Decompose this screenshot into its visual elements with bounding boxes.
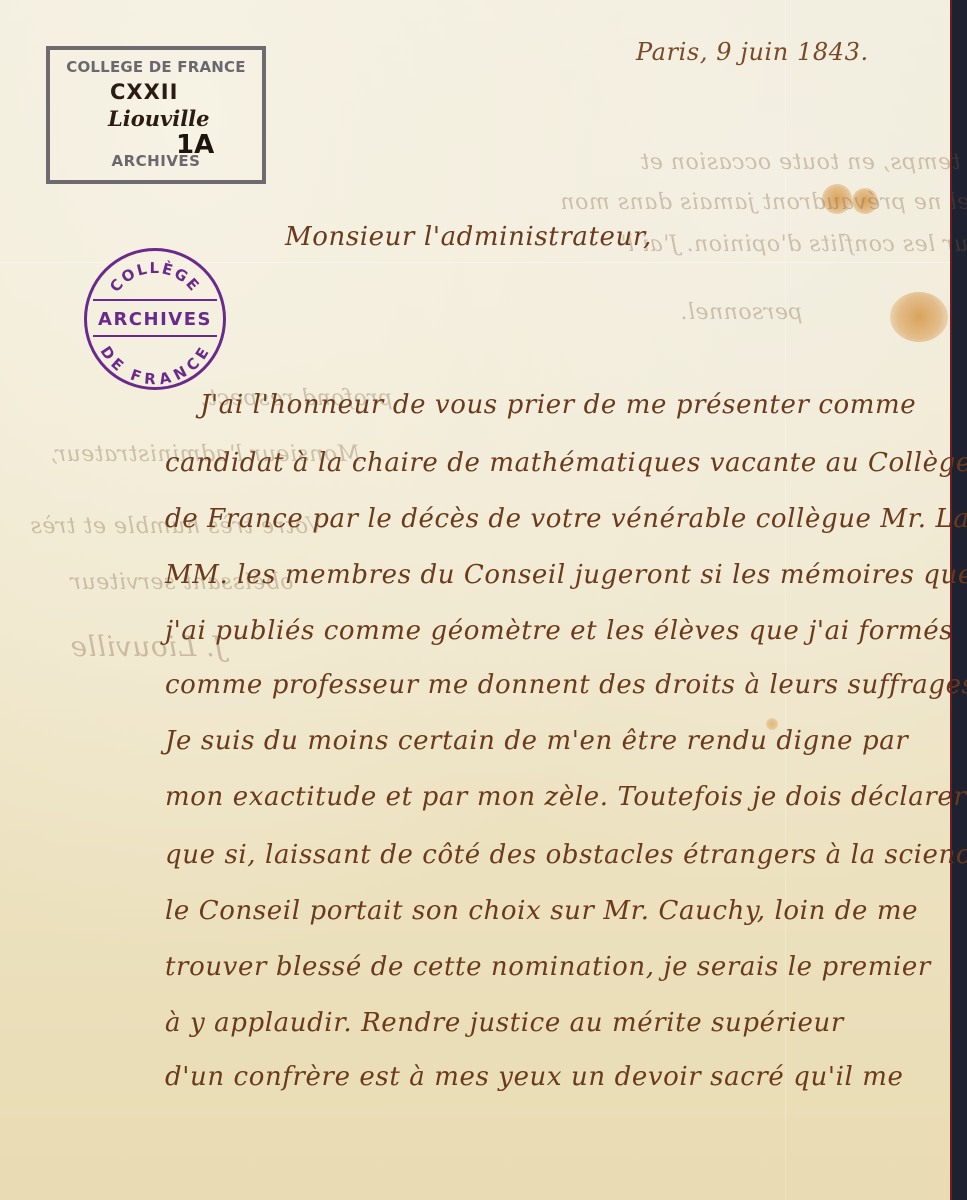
stamp-center-text: ARCHIVES: [87, 309, 223, 330]
letter-line: le Conseil portait son choix sur Mr. Cau…: [165, 896, 918, 926]
stamp-shelf-mark: CXXII: [110, 80, 178, 104]
stamp-top-text: COLLEGE DE FRANCE: [50, 58, 262, 76]
paper-edge: [950, 0, 952, 1200]
letter-page: dans tous les temps, en toute occasion e…: [0, 0, 952, 1200]
bleed-through-text: cœur les conflits d'opinion. J'ai l': [620, 232, 967, 257]
letter-line: MM. les membres du Conseil jugeront si l…: [165, 560, 967, 590]
letter-line: de France par le décès de votre vénérabl…: [165, 504, 967, 534]
bleed-through-text: personnel.: [680, 300, 803, 325]
archive-stamp-rectangular: COLLEGE DE FRANCE CXXII Liouville 1A ARC…: [46, 46, 266, 184]
letter-line: à y applaudir. Rendre justice au mérite …: [165, 1008, 844, 1038]
letter-line: d'un confrère est à mes yeux un devoir s…: [165, 1062, 904, 1092]
letter-date: Paris, 9 juin 1843.: [636, 38, 869, 66]
letter-line: mon exactitude et par mon zèle. Toutefoi…: [165, 782, 966, 812]
bleed-through-text: contre lequel ne prévaudront jamais dans…: [560, 190, 967, 215]
letter-line: j'ai publiés comme géomètre et les élève…: [165, 616, 953, 646]
bleed-through-text: dans tous les temps, en toute occasion e…: [640, 150, 967, 175]
letter-line: candidat à la chaire de mathématiques va…: [165, 448, 967, 478]
letter-salutation: Monsieur l'administrateur,: [285, 222, 652, 252]
stamp-divider: [93, 335, 217, 337]
stamp-bottom-text: ARCHIVES: [50, 152, 262, 170]
archive-stamp-round: COLLÈGE DE FRANCE ARCHIVES: [84, 248, 226, 390]
letter-line: trouver blessé de cette nomination, je s…: [165, 952, 931, 982]
stamp-divider: [93, 299, 217, 301]
letter-line: Je suis du moins certain de m'en être re…: [165, 726, 908, 756]
letter-line: comme professeur me donnent des droits à…: [165, 670, 967, 700]
stamp-name: Liouville: [108, 106, 210, 131]
letter-line: J'ai l'honneur de vous prier de me prése…: [200, 390, 916, 420]
foxing-spot: [890, 292, 948, 342]
letter-line: que si, laissant de côté des obstacles é…: [165, 840, 967, 870]
svg-text:COLLÈGE: COLLÈGE: [106, 259, 204, 296]
svg-text:DE FRANCE: DE FRANCE: [97, 343, 214, 387]
